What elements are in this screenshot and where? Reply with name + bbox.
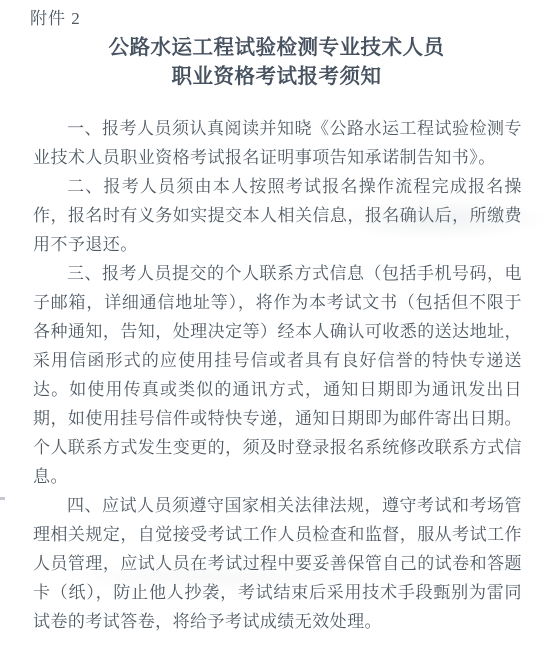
attachment-label: 附件 2 [30,8,81,30]
document-title: 公路水运工程试验检测专业技术人员 职业资格考试报考须知 [0,33,553,91]
paragraph-1: 一、报考人员须认真阅读并知晓《公路水运工程试验检测专业技术人员职业资格考试报名证… [33,114,522,172]
document-body: 一、报考人员须认真阅读并知晓《公路水运工程试验检测专业技术人员职业资格考试报名证… [33,114,522,636]
paragraph-4: 四、应试人员须遵守国家相关法律法规，遵守考试和考场管理相关规定，自觉接受考试工作… [33,491,522,636]
paragraph-2: 二、报考人员须由本人按照考试报名操作流程完成报名操作，报名时有义务如实提交本人相… [33,172,522,259]
title-line-2: 职业资格考试报考须知 [0,62,553,91]
document-page: 附件 2 公路水运工程试验检测专业技术人员 职业资格考试报考须知 一、报考人员须… [0,0,553,656]
scan-edge-mark [0,497,5,500]
title-line-1: 公路水运工程试验检测专业技术人员 [0,33,553,62]
paragraph-3: 三、报考人员提交的个人联系方式信息（包括手机号码，电子邮箱，详细通信地址等），将… [33,259,522,491]
